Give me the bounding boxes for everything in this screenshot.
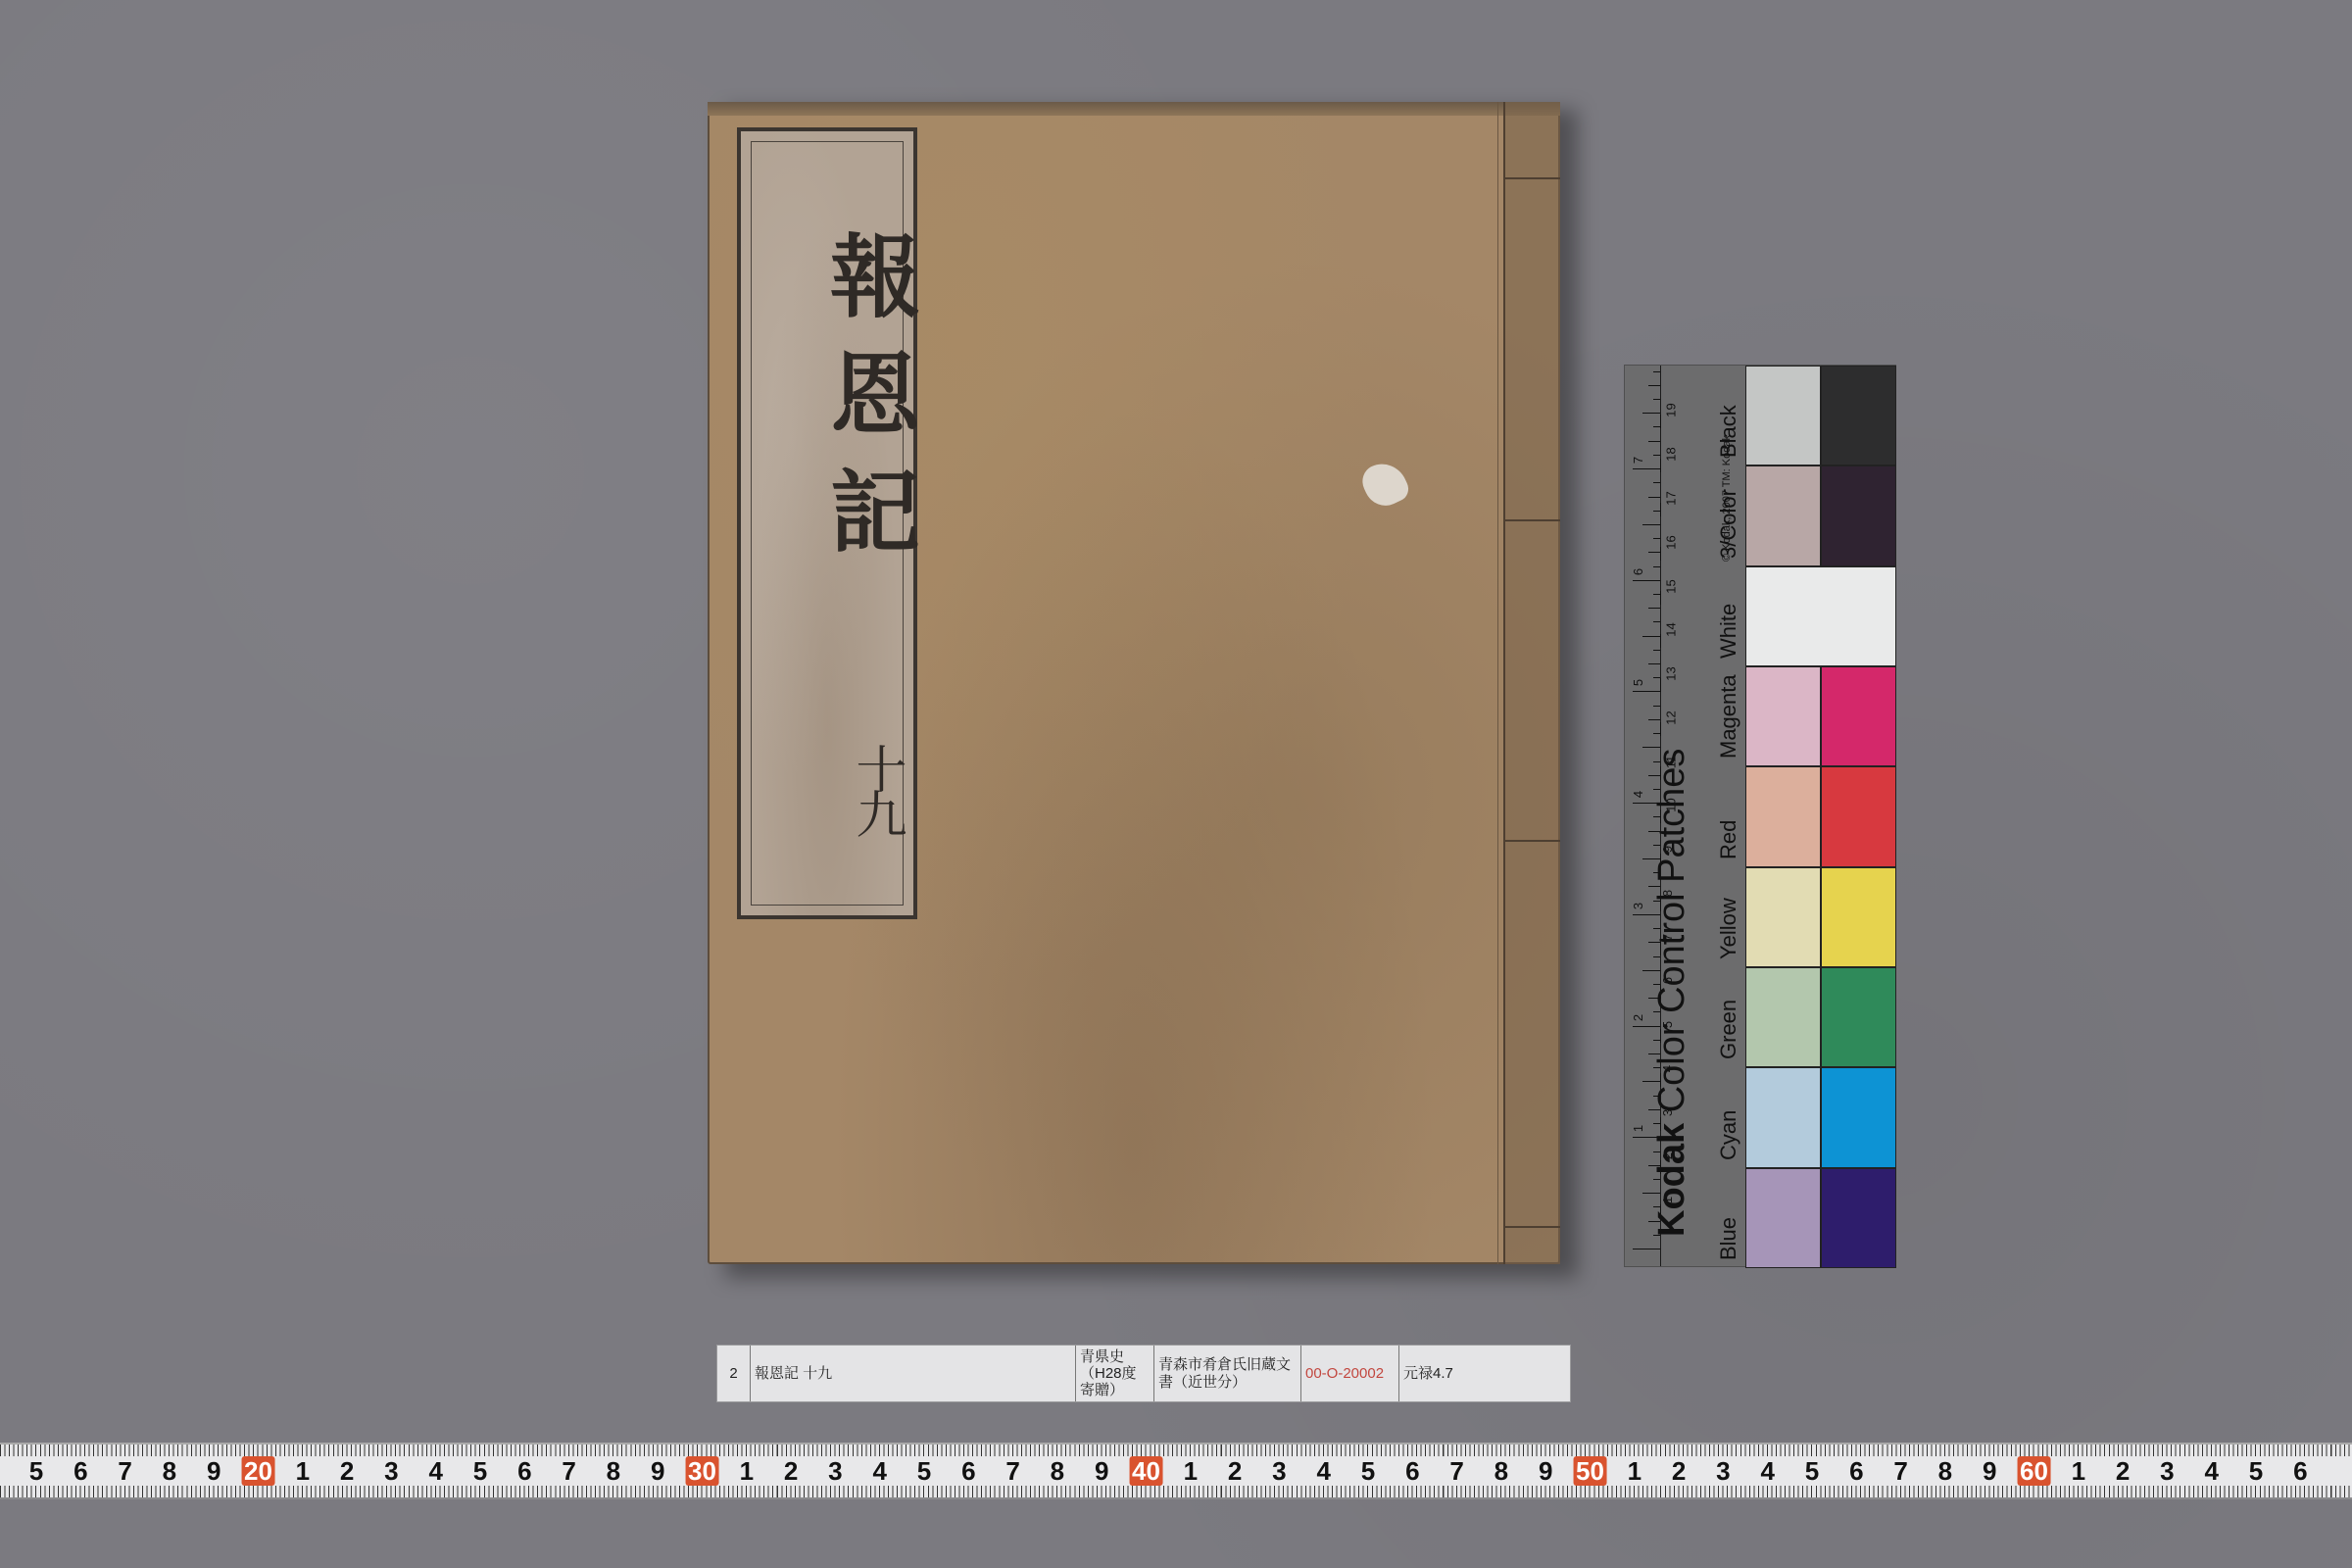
inch-tick [1648,552,1660,553]
cm-label: 19 [1664,404,1679,417]
tape-label: 3 [384,1456,398,1486]
tape-label: 7 [1005,1456,1019,1486]
tape-label: 7 [562,1456,575,1486]
inch-tick [1653,511,1660,512]
tape-label: 2 [784,1456,798,1486]
inch-tick [1642,636,1660,637]
patch-cyan-light [1745,1067,1821,1167]
cm-label: 16 [1664,535,1679,549]
tape-label: 9 [1095,1456,1108,1486]
inch-tick [1648,608,1660,609]
patch-3-color-dark [1821,465,1896,565]
inch-tick [1653,399,1660,400]
inch-tick [1648,663,1660,664]
tape-label: 8 [1051,1456,1064,1486]
inch-label: 6 [1631,568,1645,575]
cm-tick [1660,591,1661,605]
patch-black-dark [1821,366,1896,465]
inch-tick [1653,566,1660,567]
cm-tick [1660,503,1661,516]
inch-label: 3 [1631,903,1645,909]
cm-tick [1660,415,1661,428]
inch-label: 2 [1631,1013,1645,1020]
tape-label: 6 [1405,1456,1419,1486]
patch-yellow-dark [1821,867,1896,967]
patch-3-color-light [1745,465,1821,565]
tape-label: 6 [961,1456,975,1486]
inch-tick [1653,733,1660,734]
cm-tick [1660,678,1661,692]
catalog-label: 2 報恩記 十九 青県史（H28度寄贈） 青森市肴倉氏旧蔵文書（近世分） 00-… [716,1345,1571,1402]
inch-tick [1653,455,1660,456]
inch-label: 4 [1631,791,1645,798]
inch-tick [1648,441,1660,442]
tape-label: 5 [1361,1456,1375,1486]
inch-tick [1648,385,1660,386]
tape-label: 4 [1316,1456,1330,1486]
tape-label: 5 [29,1456,43,1486]
inch-label: 1 [1631,1125,1645,1132]
cm-tick [1660,459,1661,472]
book-binding [1503,102,1560,1264]
inch-tick [1633,1249,1660,1249]
tape-label: 5 [2249,1456,2263,1486]
inch-tick [1653,594,1660,595]
tape-label: 8 [1494,1456,1508,1486]
binding-stitch [1503,1226,1560,1228]
binding-stitch [1503,519,1560,521]
inch-tick [1633,468,1660,469]
tape-label: 4 [872,1456,886,1486]
tape-label: 1 [740,1456,754,1486]
label-number: 2 [717,1346,751,1401]
tape-label: 2 [2116,1456,2130,1486]
cm-tick [1660,722,1661,736]
tape-label: 7 [118,1456,131,1486]
tape-ticks-top [0,1445,2352,1456]
tape-label: 3 [1272,1456,1286,1486]
patch-green-dark [1821,967,1896,1067]
tape-major-label: 30 [685,1456,719,1486]
inch-tick [1653,650,1660,651]
patch-white [1745,566,1896,666]
tape-label: 6 [1849,1456,1863,1486]
tape-label: 4 [1760,1456,1774,1486]
inch-tick [1653,482,1660,483]
patch-magenta-dark [1821,666,1896,766]
patch-green-light [1745,967,1821,1067]
tape-label: 5 [917,1456,931,1486]
patch-magenta-light [1745,666,1821,766]
inch-tick [1648,497,1660,498]
tape-label: 5 [1805,1456,1819,1486]
tape-label: 4 [428,1456,442,1486]
cm-label: 18 [1664,447,1679,461]
tape-label: 4 [2204,1456,2218,1486]
patch-blue-dark [1821,1168,1896,1268]
tape-label: 3 [2160,1456,2174,1486]
tape-label: 1 [1184,1456,1198,1486]
cm-tick [1660,634,1661,648]
tape-label: 6 [73,1456,87,1486]
inch-tick [1633,580,1660,581]
cm-label: 15 [1664,579,1679,593]
tape-label: 8 [1938,1456,1952,1486]
tape-label: 2 [340,1456,354,1486]
inch-tick [1648,719,1660,720]
patch-black-light [1745,366,1821,465]
cm-label: 17 [1664,491,1679,505]
cm-label: 14 [1664,623,1679,637]
binding-stitch [1503,840,1560,842]
label-collection: 青森市肴倉氏旧蔵文書（近世分） [1154,1346,1301,1401]
label-date: 元禄4.7 [1399,1346,1570,1401]
book-volume: 十九 [741,719,913,857]
inch-label: 5 [1631,679,1645,686]
tape-label: 9 [1983,1456,1996,1486]
tape-label: 1 [2072,1456,2085,1486]
tape-major-label: 50 [1573,1456,1607,1486]
patch-cyan-dark [1821,1067,1896,1167]
book-title: 報恩記 [741,161,913,651]
patch-red-dark [1821,766,1896,866]
label-id: 00-O-20002 [1301,1346,1399,1401]
kodak-color-checker: 1234567 12345678910111213141516171819 © … [1624,365,1896,1267]
patch-yellow-light [1745,867,1821,967]
patch-red-light [1745,766,1821,866]
inch-label: 7 [1631,457,1645,464]
cm-label: 12 [1664,710,1679,724]
measuring-tape: 5678920123456789301234567894012345678950… [0,1443,2352,1499]
book-top-edge [708,102,1560,116]
tape-label: 2 [1672,1456,1686,1486]
tape-label: 1 [296,1456,310,1486]
inch-tick [1633,691,1660,692]
inch-tick [1653,706,1660,707]
tape-label: 8 [163,1456,176,1486]
inch-tick [1653,538,1660,539]
cm-tick [1660,547,1661,561]
inch-tick [1653,426,1660,427]
tape-label: 7 [1449,1456,1463,1486]
cm-label: 13 [1664,666,1679,680]
binding-stitch [1503,177,1560,179]
tape-label: 8 [607,1456,620,1486]
tape-major-label: 20 [241,1456,275,1486]
patch-blue-light [1745,1168,1821,1268]
tape-label: 9 [207,1456,220,1486]
kodak-logo: Kodak [1651,1123,1692,1237]
tape-label: 6 [2293,1456,2307,1486]
inch-tick [1653,371,1660,372]
tape-label: 2 [1228,1456,1242,1486]
title-slip: 報恩記 十九 [737,127,917,919]
kodak-product: Color Control Patches [1651,749,1692,1113]
binding-fold-line [1497,102,1498,1264]
inch-tick [1642,524,1660,525]
tape-label: 3 [828,1456,842,1486]
tape-label: 5 [473,1456,487,1486]
tape-label: 7 [1893,1456,1907,1486]
tape-major-label: 60 [2017,1456,2051,1486]
inch-tick [1653,677,1660,678]
inch-tick [1653,621,1660,622]
label-title: 報恩記 十九 [751,1346,1076,1401]
tape-label: 9 [1539,1456,1552,1486]
tape-label: 1 [1628,1456,1641,1486]
tape-label: 9 [651,1456,664,1486]
tape-ticks-bottom [0,1486,2352,1497]
tape-major-label: 40 [1129,1456,1163,1486]
tape-label: 3 [1716,1456,1730,1486]
inch-tick [1642,413,1660,414]
label-source: 青県史（H28度寄贈） [1076,1346,1154,1401]
tape-label: 6 [517,1456,531,1486]
